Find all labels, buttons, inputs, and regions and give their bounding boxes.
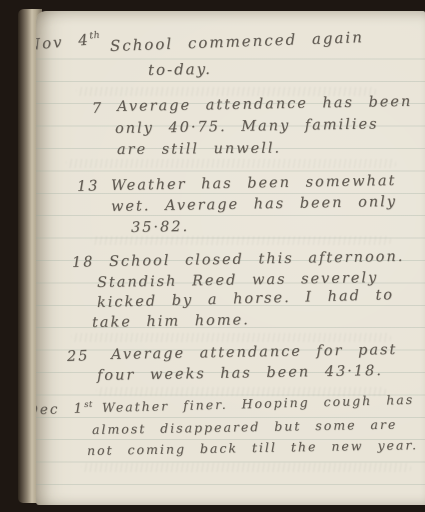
entry-text-line: not coming back till the new year. — [87, 437, 418, 458]
entry-text-line: kicked by a horse. I had to — [97, 287, 394, 311]
bleed-through-texture — [66, 159, 396, 168]
entry-text-line: Average attendance has been — [117, 94, 413, 115]
bleed-through-texture — [91, 236, 391, 245]
date-ordinal-suffix: st — [84, 399, 93, 409]
entry-text-line: Weather has been somewhat — [111, 173, 397, 194]
entry-text-line: to-day. — [148, 60, 212, 79]
entry-text-line: are still unwell. — [117, 141, 281, 158]
entry-date: 18 — [72, 254, 95, 271]
entry-text-line: only 40·75. Many families — [115, 116, 379, 137]
entry-text-line: Weather finer. Hooping cough has — [102, 392, 415, 415]
entry-date: 25 — [67, 348, 90, 365]
entry-date-text: 25 — [67, 348, 90, 365]
entry-date-text: Nov 4 — [36, 31, 90, 54]
entry-date-text: 13 — [77, 178, 100, 195]
journal-page: Nov 4thSchool commenced againto-day.7Ave… — [36, 11, 425, 505]
entry-text-line: wet. Average has been only — [111, 194, 397, 215]
entry-text-line: School closed this afternoon. — [109, 249, 405, 270]
entry-date: 7 — [92, 101, 104, 117]
entry-date-text: 18 — [72, 254, 95, 271]
entry-text-line: almost disappeared but some are — [92, 417, 398, 437]
entry-date: 13 — [77, 178, 100, 195]
entry-text-line: Average attendance for past — [111, 342, 398, 363]
entry-text-line: School commenced again — [110, 28, 364, 55]
entry-date-text: 7 — [92, 101, 104, 117]
photo-background: Nov 4thSchool commenced againto-day.7Ave… — [0, 0, 425, 512]
entry-text-line: 35·82. — [131, 219, 189, 236]
bleed-through-texture — [81, 463, 411, 472]
entry-date: Nov 4th — [36, 30, 101, 54]
date-ordinal-suffix: th — [89, 30, 101, 42]
bleed-through-texture — [71, 333, 391, 342]
entry-text-line: take him home. — [92, 312, 250, 331]
entry-date-text: Dec 1 — [36, 401, 85, 419]
entry-text-line: four weeks has been 43·18. — [97, 363, 383, 384]
entry-date: Dec 1st — [36, 399, 93, 419]
